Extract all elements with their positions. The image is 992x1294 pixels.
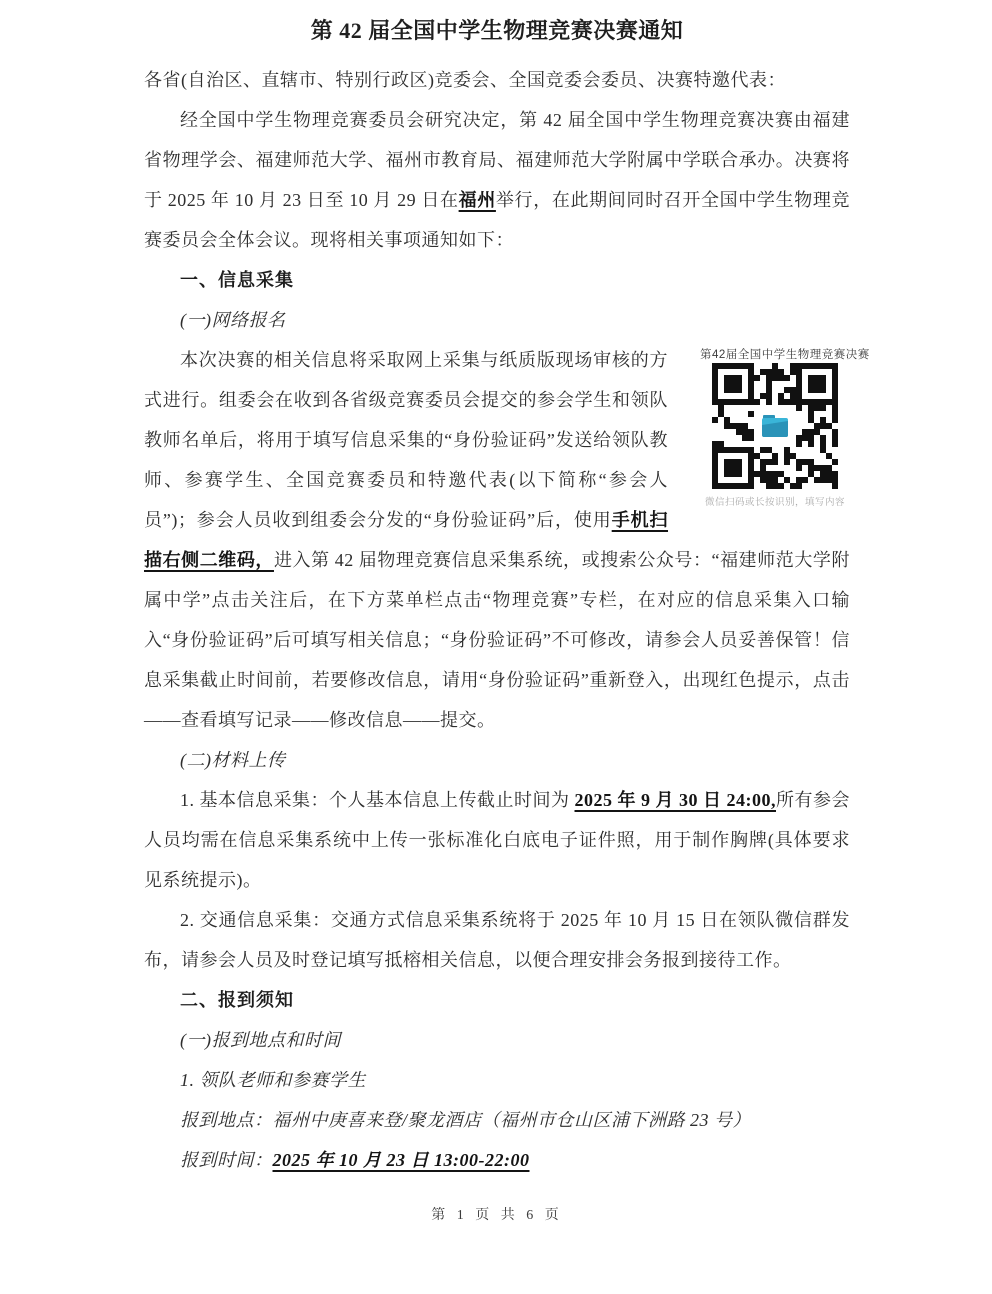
section2-sub1-heading: (一)报到地点和时间 <box>144 1020 850 1060</box>
item1-highlight-deadline: 2025 年 9 月 30 日 24:00, <box>575 790 777 810</box>
qr-caption-top: 第42届全国中学生物理竞赛决赛 <box>700 349 870 361</box>
intro-paragraph: 经全国中学生物理竞赛委员会研究决定，第 42 届全国中学生物理竞赛决赛由福建省物… <box>144 100 850 260</box>
checkin-time-highlight: 2025 年 10 月 23 日 13:00-22:00 <box>273 1150 530 1170</box>
section1-sub2-heading: (二)材料上传 <box>144 740 850 780</box>
para1-text-post: 进入第 42 届物理竞赛信息采集系统，或搜索公众号：“福建师范大学附属中学”点击… <box>144 550 850 730</box>
salutation-line: 各省(自治区、直辖市、特别行政区)竞委会、全国竞委会委员、决赛特邀代表： <box>144 60 850 100</box>
intro-highlight-fuzhou: 福州 <box>459 190 496 210</box>
para1-text-pre: 本次决赛的相关信息将采取网上采集与纸质版现场审核的方式进行。组委会在收到各省级竞… <box>144 350 668 530</box>
section2-heading: 二、报到须知 <box>144 980 850 1020</box>
document-title: 第 42 届全国中学生物理竞赛决赛通知 <box>144 16 850 46</box>
checkin-time-line: 报到时间：2025 年 10 月 23 日 13:00-22:00 <box>144 1140 850 1180</box>
page-number-footer: 第 1 页 共 6 页 <box>144 1206 850 1226</box>
section2-item1-heading: 1. 领队老师和参赛学生 <box>144 1060 850 1100</box>
checkin-time-label: 报到时间： <box>180 1150 273 1170</box>
material-upload-item1: 1. 基本信息采集：个人基本信息上传截止时间为 2025 年 9 月 30 日 … <box>144 780 850 900</box>
checkin-location-value: 福州中庚喜来登/聚龙酒店（福州市仓山区浦下洲路 23 号） <box>273 1110 752 1130</box>
material-upload-item2: 2. 交通信息采集：交通方式信息采集系统将于 2025 年 10 月 15 日在… <box>144 900 850 980</box>
online-registration-paragraph: 第42届全国中学生物理竞赛决赛 微信扫码或长按识别，填写内容 本次决赛的相关信息… <box>144 340 850 740</box>
item1-text-pre: 1. 基本信息采集：个人基本信息上传截止时间为 <box>180 790 575 810</box>
qr-block: 第42届全国中学生物理竞赛决赛 微信扫码或长按识别，填写内容 <box>700 342 850 510</box>
section1-sub1-heading: (一)网络报名 <box>144 300 850 340</box>
document-content: 第 42 届全国中学生物理竞赛决赛通知 各省(自治区、直辖市、特别行政区)竞委会… <box>0 0 992 1226</box>
checkin-location-label: 报到地点： <box>180 1110 273 1130</box>
document-page: 第 42 届全国中学生物理竞赛决赛通知 各省(自治区、直辖市、特别行政区)竞委会… <box>0 0 992 1294</box>
qr-caption-bottom: 微信扫码或长按识别，填写内容 <box>705 497 845 508</box>
checkin-location-line: 报到地点：福州中庚喜来登/聚龙酒店（福州市仓山区浦下洲路 23 号） <box>144 1100 850 1140</box>
section1-heading: 一、信息采集 <box>144 260 850 300</box>
qr-code <box>712 363 838 489</box>
